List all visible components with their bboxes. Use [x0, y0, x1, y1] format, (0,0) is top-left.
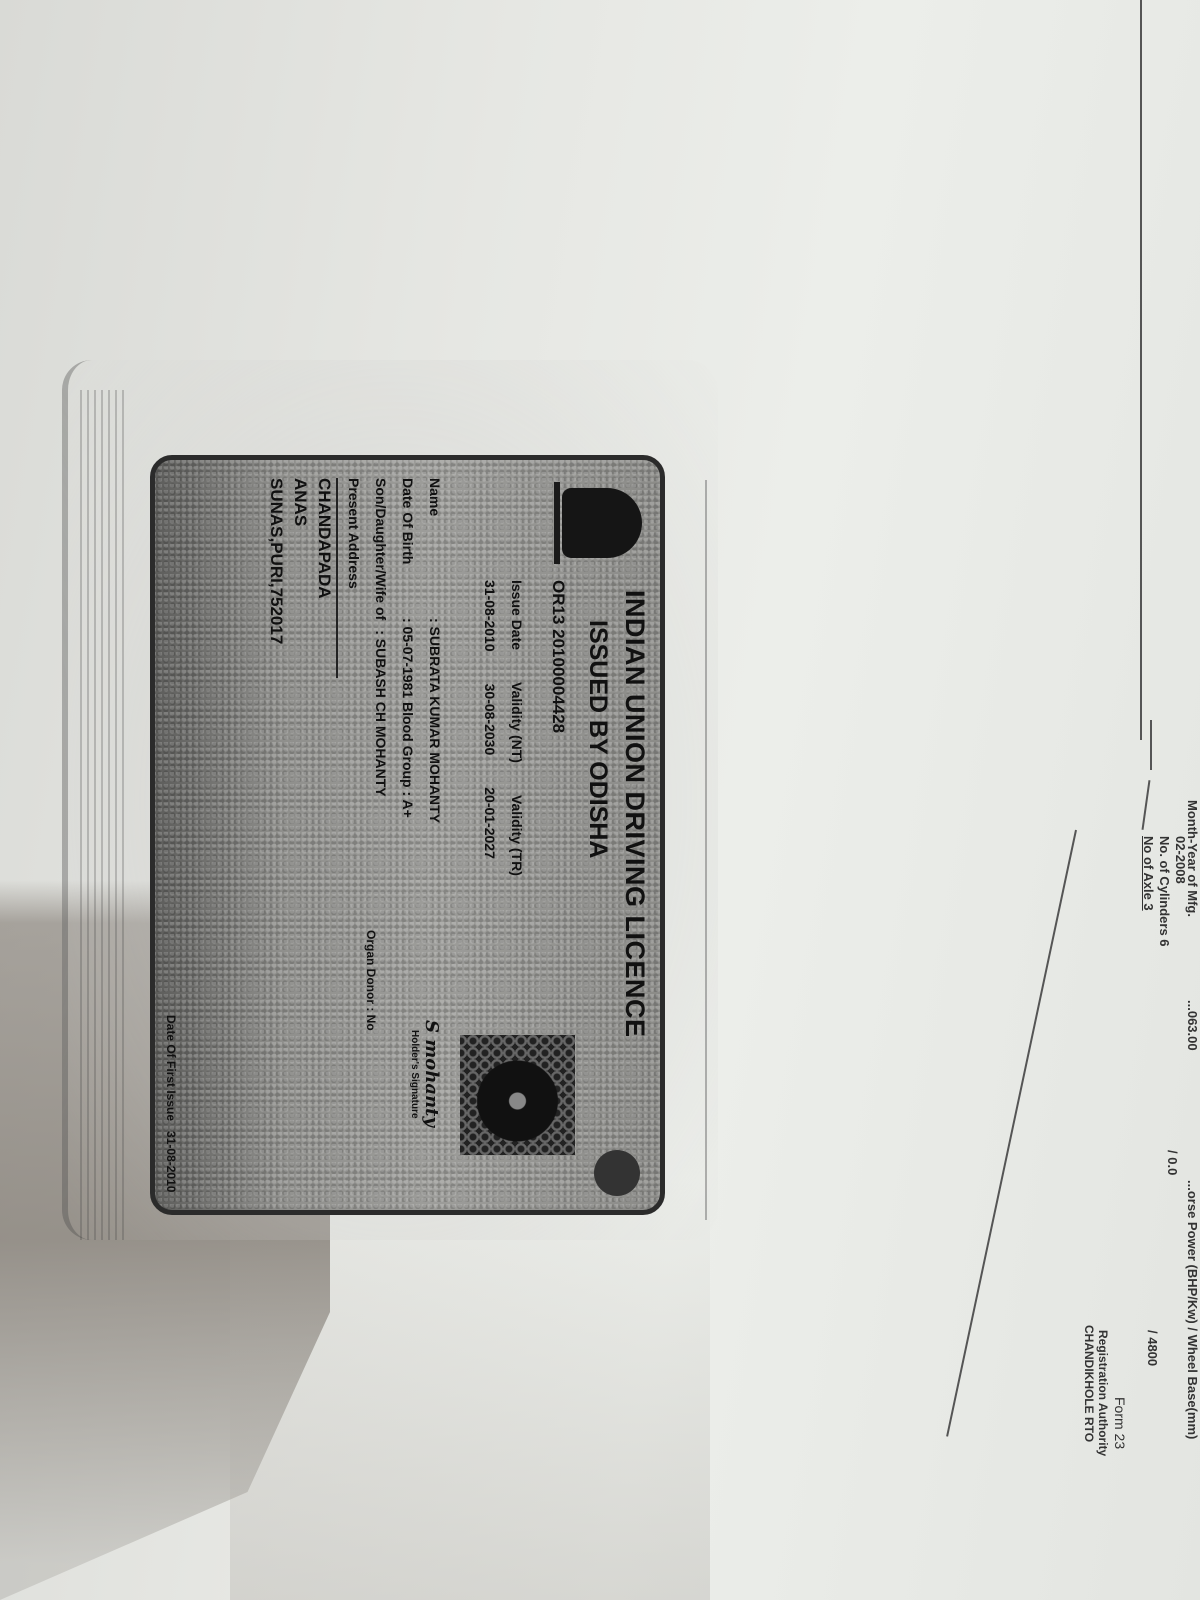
validity-nt-label: Validity (NT)	[509, 682, 525, 763]
rc-axle: No of Axle 3	[1141, 836, 1156, 911]
national-emblem-icon	[547, 482, 642, 562]
address-line: ANAS	[288, 478, 312, 823]
rc-wheelbase-value: / 4800	[1145, 1330, 1160, 1366]
signature-label: Holder's Signature	[409, 1030, 420, 1119]
first-issue: Date Of First Issue 31-08-2010	[164, 1015, 178, 1192]
holder-signature: S mohanty	[421, 1020, 442, 1127]
licence-issuer: ISSUED BY ODISHA	[583, 620, 612, 858]
licence-number: OR13 20100004428	[548, 580, 568, 733]
rc-diagonal-line	[946, 830, 1077, 1437]
punch-hole	[594, 1150, 640, 1196]
rc-power-value: / 0.0	[1165, 1150, 1180, 1175]
rc-weight-value: ...063.00	[1185, 1000, 1200, 1051]
driving-licence-copy: INDIAN UNION DRIVING LICENCE ISSUED BY O…	[150, 455, 665, 1215]
rc-border-line	[1150, 720, 1152, 770]
rc-cell-line	[1142, 780, 1151, 830]
copy-edge-line	[705, 480, 707, 1220]
rc-power-label: ...orse Power (BHP/Kw) / Wheel Base(mm)	[1185, 1180, 1200, 1439]
rc-mfg-value: 02-2008	[1173, 836, 1188, 884]
rc-cylinders: No. of Cylinders 6	[1157, 836, 1172, 947]
hologram-icon	[460, 1035, 575, 1155]
address-line: SUNAS,PURI,752017	[264, 478, 288, 823]
divider	[336, 478, 338, 678]
validity-tr: 20-01-2027	[482, 787, 498, 859]
issue-date-label: Issue Date	[509, 580, 525, 650]
photo-shadow-lower	[230, 1180, 710, 1600]
dates-values: 31-08-2010 30-08-2030 20-01-2027	[482, 580, 498, 859]
field-dob: Date Of Birth : 05-07-1981 Blood Group :…	[394, 478, 421, 823]
field-address: Present Address	[340, 478, 367, 823]
field-relation: Son/Daughter/Wife of : SUBASH CH MOHANTY	[367, 478, 394, 823]
rc-authority-value: CHANDIKHOLE RTO	[1082, 1325, 1096, 1442]
issue-date: 31-08-2010	[482, 580, 498, 652]
dates-header: Issue Date Validity (NT) Validity (TR)	[509, 580, 525, 876]
organ-donor: Organ Donor : No	[364, 930, 378, 1031]
holder-details: Name : SUBRATA KUMAR MOHANTY Date Of Bir…	[264, 478, 448, 823]
validity-nt: 30-08-2030	[482, 684, 498, 756]
field-name: Name : SUBRATA KUMAR MOHANTY	[421, 478, 448, 823]
photocopy-edge-streak	[80, 390, 128, 1240]
address-line: CHANDAPADA	[312, 478, 336, 823]
rc-authority-label: Registration Authority	[1096, 1330, 1110, 1456]
licence-card: INDIAN UNION DRIVING LICENCE ISSUED BY O…	[150, 455, 665, 1215]
rc-border-line	[1140, 0, 1142, 740]
licence-title: INDIAN UNION DRIVING LICENCE	[619, 590, 650, 1038]
address-block: CHANDAPADA ANAS SUNAS,PURI,752017	[264, 478, 336, 823]
validity-tr-label: Validity (TR)	[509, 795, 525, 876]
form-number: Form 23	[1112, 1397, 1128, 1449]
